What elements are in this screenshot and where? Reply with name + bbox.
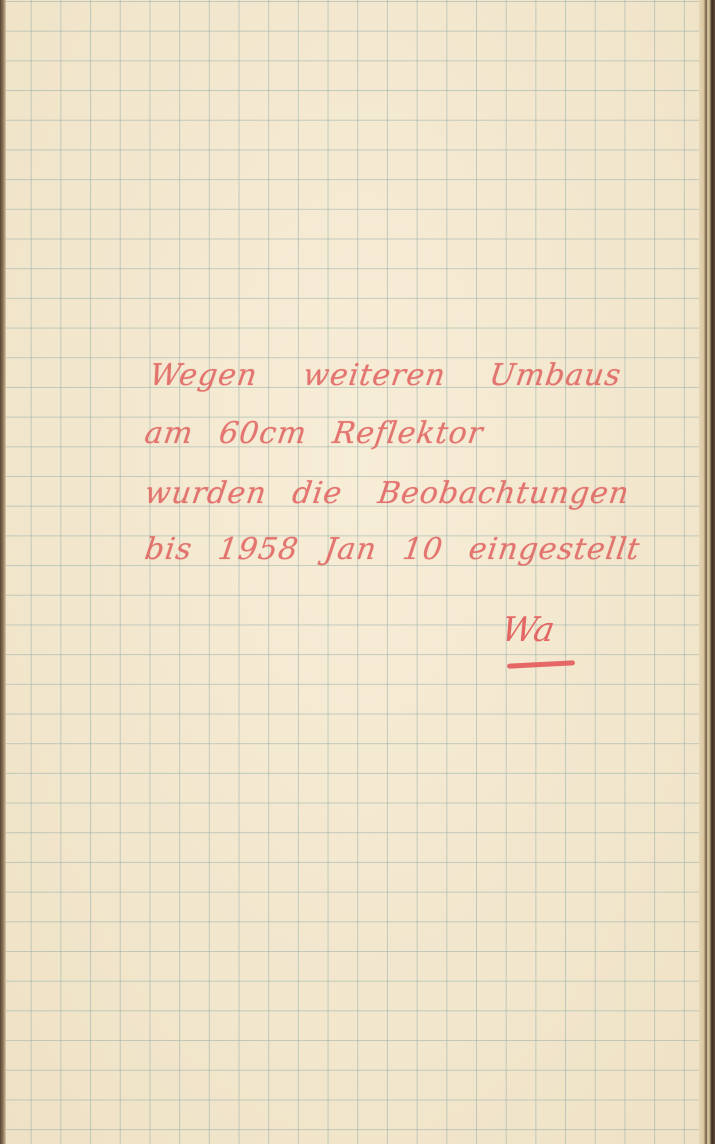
note-line-1: WegenweiterenUmbaus: [148, 358, 650, 393]
note-word: 60cm: [217, 416, 309, 451]
note-line-4: bis1958Jan10eingestellt: [143, 532, 669, 567]
note-word: Beobachtungen: [376, 476, 632, 511]
note-line-3: wurdendieBeobachtungen: [143, 476, 658, 511]
note-word: wurden: [143, 476, 270, 511]
signature-initials: Wa: [498, 610, 557, 650]
note-word: Jan: [322, 532, 379, 567]
note-word: weiteren: [301, 358, 448, 393]
note-word: Reflektor: [330, 416, 485, 451]
note-line-2: am60cmReflektor: [143, 416, 512, 451]
note-word: am: [143, 416, 196, 451]
note-word: bis: [143, 532, 195, 567]
note-word: Umbaus: [487, 358, 623, 393]
note-word: eingestellt: [467, 532, 643, 567]
notebook-binding-edge: [699, 0, 715, 1144]
page-left-edge: [0, 0, 6, 1144]
note-word: 10: [400, 532, 445, 567]
note-word: die: [290, 476, 344, 511]
handwritten-note: WegenweiterenUmbaus am60cmReflektor wurd…: [0, 0, 715, 1144]
notebook-page: WegenweiterenUmbaus am60cmReflektor wurd…: [0, 0, 715, 1144]
note-word: 1958: [216, 532, 301, 567]
signature-underline: [507, 660, 575, 669]
note-word: Wegen: [148, 358, 260, 393]
